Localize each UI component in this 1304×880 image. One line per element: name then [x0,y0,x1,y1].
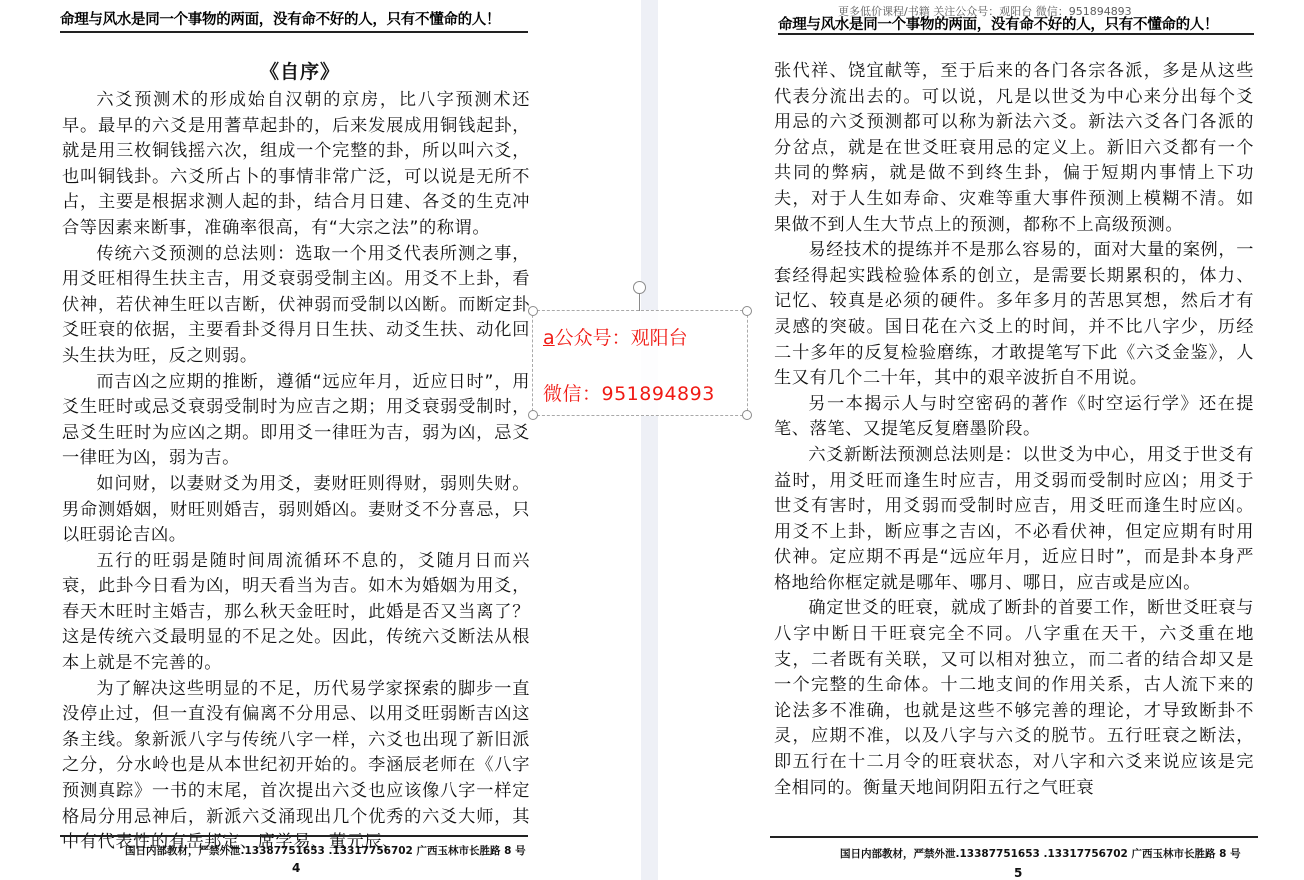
running-header: 命理与风水是同一个事物的两面，没有命不好的人，只有不懂命的人！ [60,8,500,29]
page-number: 4 [292,861,300,875]
paragraph: 六爻预测术的形成始自汉朝的京房，比八字预测术还早。最早的六爻是用蓍草起卦的，后来… [62,88,530,242]
body-text: 六爻预测术的形成始自汉朝的京房，比八字预测术还早。最早的六爻是用蓍草起卦的，后来… [62,88,530,856]
page-number: 5 [1014,866,1022,880]
paragraph: 张代祥、饶宜献等，至于后来的各门各宗各派，多是从这些代表分流出去的。可以说，凡是… [774,59,1254,238]
paragraph: 另一本揭示人与时空密码的著作《时空运行学》还在提笔、落笔、又提笔反复磨墨阶段。 [774,392,1254,443]
header-rule [60,31,528,33]
paragraph: 如问财，以妻财爻为用爻，妻财旺则得财，弱则失财。男命测婚姻，财旺则婚吉，弱则婚凶… [62,472,530,549]
paragraph: 为了解决这些明显的不足，历代易学家探索的脚步一直没停止过，但一直没有偏离不分用忌… [62,677,530,856]
footer-rule [60,835,528,837]
page-gutter [641,0,658,880]
paragraph: 而吉凶之应期的推断，遵循“远应年月，近应日时”，用爻生旺时或忌爻衰弱受制时为应吉… [62,370,530,472]
text-cursor-char: a [543,327,555,349]
right-page: 更多低价课程/书籍 关注公众号：观阳台 微信：951894893 命理与风水是同… [658,0,1304,880]
resize-handle-top-left[interactable] [528,306,538,316]
left-page: 命理与风水是同一个事物的两面，没有命不好的人，只有不懂命的人！ 《自序》 六爻预… [0,0,641,880]
rotate-stem [639,291,640,311]
paragraph: 确定世爻的旺衰，就成了断卦的首要工作，断世爻旺衰与八字中断日干旺衰完全不同。八字… [774,596,1254,801]
resize-handle-top-right[interactable] [742,306,752,316]
resize-handle-bottom-right[interactable] [742,410,752,420]
rotate-handle[interactable] [633,281,646,294]
paragraph: 六爻新断法预测总法则是：以世爻为中心，用爻于世爻有益时，用爻旺而逢生时应吉，用爻… [774,443,1254,597]
paragraph: 传统六爻预测的总法则：选取一个用爻代表所测之事，用爻旺相得生扶主吉，用爻衰弱受制… [62,242,530,370]
paragraph: 易经技术的提练并不是那么容易的，面对大量的案例，一套经得起实践检验体系的创立，是… [774,238,1254,392]
overlay-account-text: 公众号：观阳台 [555,327,688,349]
footer-text: 国日内部教材，严禁外泄.13387751653 .13317756702 广西玉… [125,843,526,858]
overlay-line-wechat[interactable]: 微信：951894893 [543,379,715,406]
overlay-line-account[interactable]: a公众号：观阳台 [543,323,688,350]
watermark-text-box[interactable]: a公众号：观阳台 微信：951894893 [532,310,748,416]
section-title: 《自序》 [0,57,600,84]
running-header: 命理与风水是同一个事物的两面，没有命不好的人，只有不懂命的人！ [778,13,1218,34]
paragraph: 五行的旺弱是随时间周流循环不息的，爻随月日而兴衰，此卦今日看为凶，明天看当为吉。… [62,549,530,677]
footer-text: 国日内部教材，严禁外泄.13387751653 .13317756702 广西玉… [840,846,1241,861]
footer-rule [770,836,1258,838]
resize-handle-bottom-left[interactable] [528,410,538,420]
body-text: 张代祥、饶宜献等，至于后来的各门各宗各派，多是从这些代表分流出去的。可以说，凡是… [774,59,1254,801]
header-rule [778,33,1254,35]
